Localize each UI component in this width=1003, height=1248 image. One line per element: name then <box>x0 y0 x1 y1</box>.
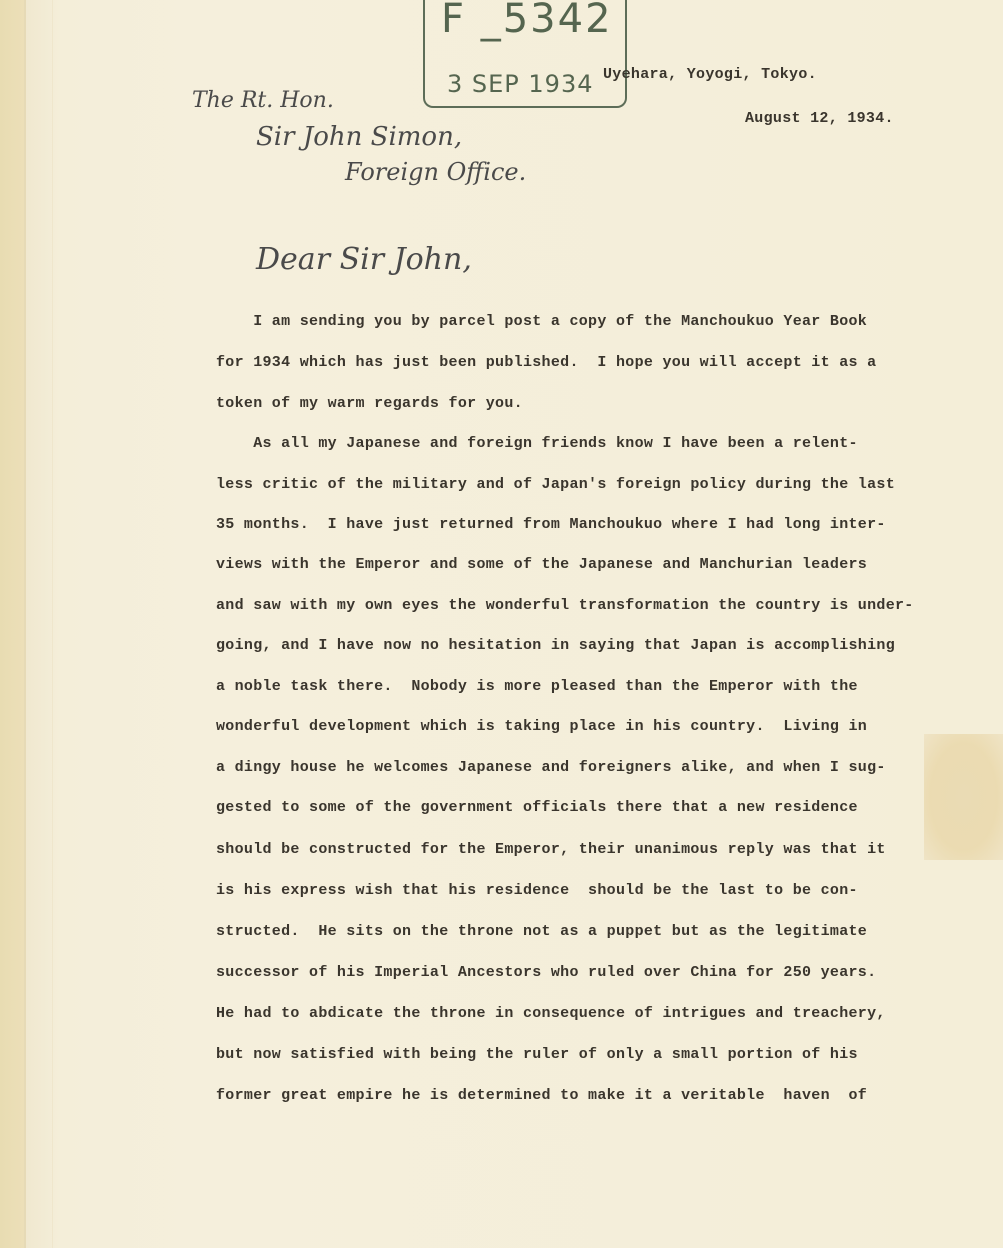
stamp-reference: F _5342 <box>441 0 613 42</box>
body-line: successor of his Imperial Ancestors who … <box>216 964 876 981</box>
body-line: and saw with my own eyes the wonderful t… <box>216 597 914 614</box>
body-line: is his express wish that his residence s… <box>216 882 858 899</box>
body-line: a dingy house he welcomes Japanese and f… <box>216 759 886 776</box>
body-line: As all my Japanese and foreign friends k… <box>216 435 858 452</box>
body-line: for 1934 which has just been published. … <box>216 354 876 371</box>
body-line: He had to abdicate the throne in consequ… <box>216 1005 886 1022</box>
recipient-name: Sir John Simon, <box>256 122 462 152</box>
body-line: former great empire he is determined to … <box>216 1087 867 1104</box>
body-line: views with the Emperor and some of the J… <box>216 556 867 573</box>
document-page: F _5342 3 SEP 1934 Uyehara, Yoyogi, Toky… <box>0 0 1003 1248</box>
body-line: should be constructed for the Emperor, t… <box>216 841 886 858</box>
body-line: token of my warm regards for you. <box>216 395 523 412</box>
body-line: but now satisfied with being the ruler o… <box>216 1046 858 1063</box>
registry-stamp: F _5342 3 SEP 1934 <box>423 0 627 108</box>
body-line: 35 months. I have just returned from Man… <box>216 516 886 533</box>
body-line: a noble task there. Nobody is more pleas… <box>216 678 858 695</box>
body-line: going, and I have now no hesitation in s… <box>216 637 895 654</box>
body-line: less critic of the military and of Japan… <box>216 476 895 493</box>
body-line: gested to some of the government officia… <box>216 799 858 816</box>
recipient-title: The Rt. Hon. <box>192 88 334 113</box>
paper-stain <box>924 734 1003 860</box>
salutation: Dear Sir John, <box>256 242 472 277</box>
recipient-office: Foreign Office. <box>345 158 526 186</box>
letter-date: August 12, 1934. <box>745 110 894 127</box>
page-edge <box>24 0 26 1248</box>
body-line: structed. He sits on the throne not as a… <box>216 923 867 940</box>
body-line: wonderful development which is taking pl… <box>216 718 867 735</box>
stamp-date: 3 SEP 1934 <box>447 70 593 98</box>
body-line: I am sending you by parcel post a copy o… <box>216 313 867 330</box>
sender-address: Uyehara, Yoyogi, Tokyo. <box>603 66 817 83</box>
page-edge <box>52 0 53 1248</box>
